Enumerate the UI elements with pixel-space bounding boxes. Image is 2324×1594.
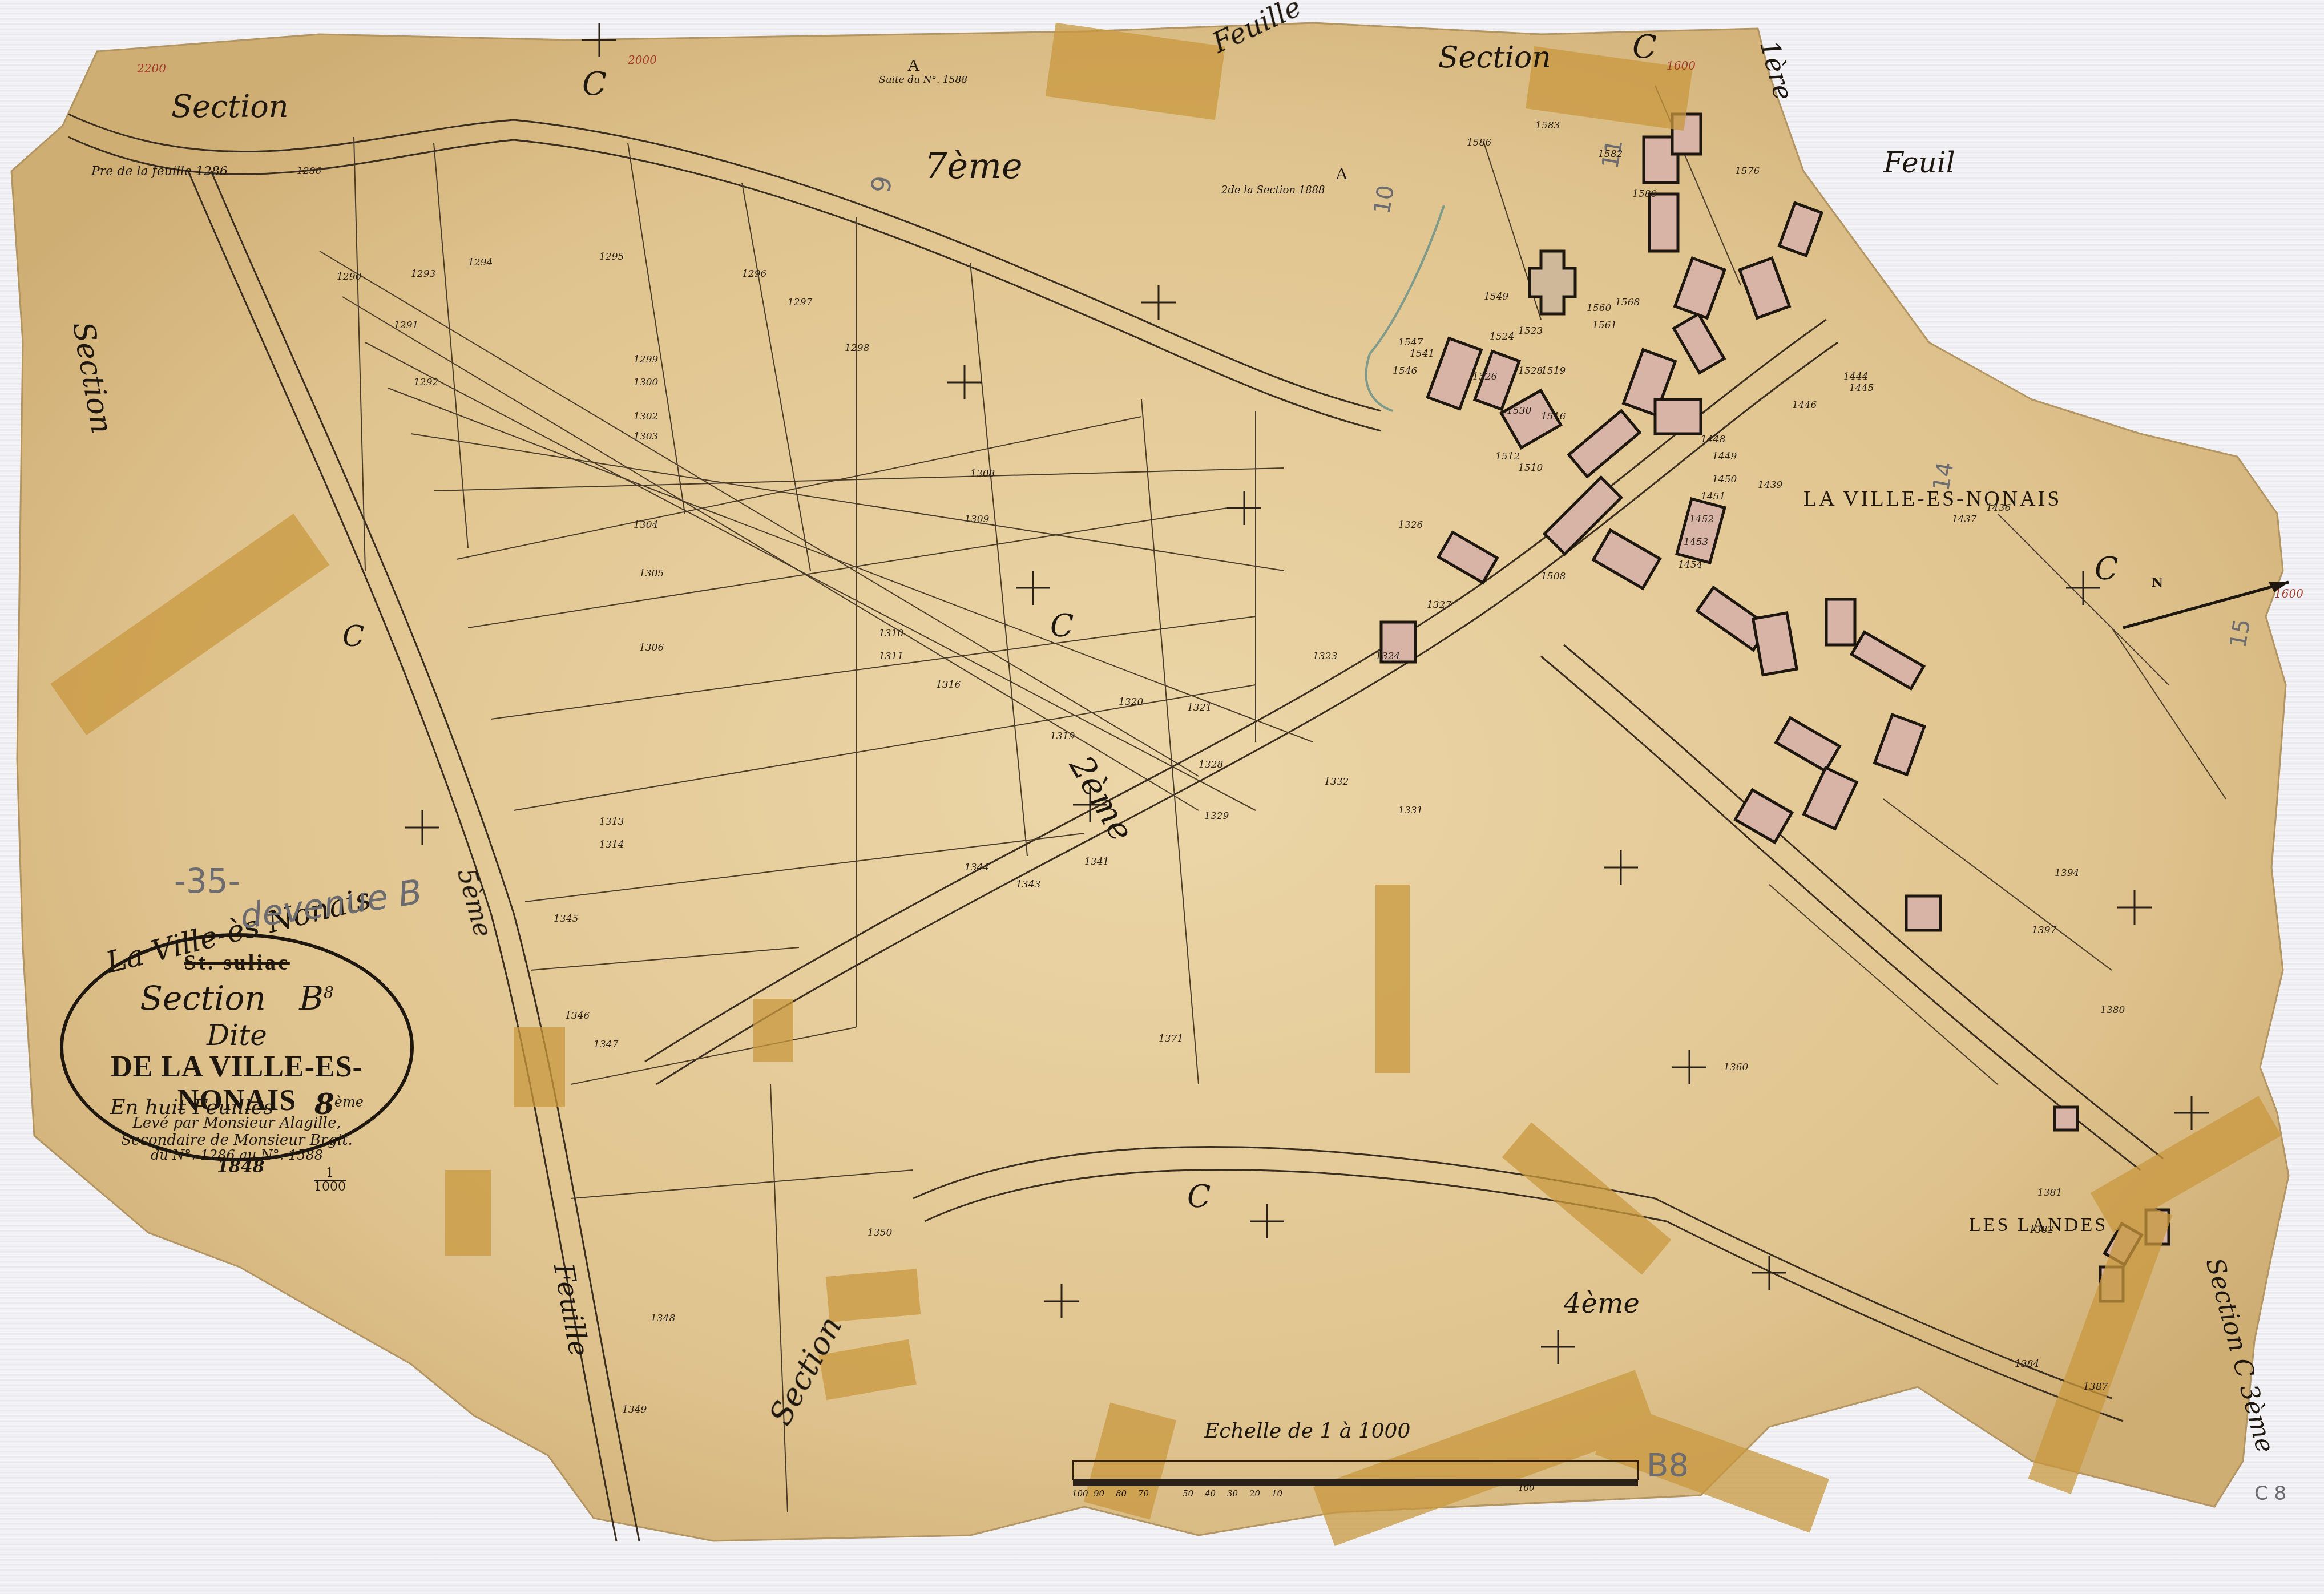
parcel-number: 1576 <box>1735 166 1760 177</box>
parcel-number: 1394 <box>2055 867 2079 879</box>
pencil-mark-14: 14 <box>1930 460 1957 493</box>
parcel-number: 1348 <box>651 1313 675 1324</box>
section-a-left: A <box>907 57 922 74</box>
parcel-number: 1296 <box>742 268 766 280</box>
parcel-number: 1583 <box>1535 120 1560 131</box>
catalog-number: -35- <box>174 865 240 898</box>
parcel-number: 1303 <box>634 431 658 442</box>
parcel-number: 1302 <box>634 411 658 422</box>
parcel-number: 1316 <box>936 679 961 691</box>
parcel-number: 1371 <box>1159 1033 1183 1044</box>
section-letter-top-left: C <box>582 68 607 100</box>
section-letter-bottom: C <box>1187 1181 1211 1212</box>
parcel-number: 1453 <box>1684 536 1708 548</box>
parcel-number: 1292 <box>414 377 438 388</box>
parcel-number: 1298 <box>845 342 869 354</box>
parcel-number: 1397 <box>2032 925 2056 936</box>
parcel-number: 1437 <box>1952 514 1976 525</box>
parcel-number: 1295 <box>599 251 624 263</box>
parcel-number: 1582 <box>1598 148 1623 160</box>
parcel-number: 1347 <box>594 1039 618 1050</box>
parcel-number: 1291 <box>394 320 418 331</box>
parcel-number: 1439 <box>1758 479 1782 491</box>
parcel-number: 1331 <box>1398 805 1423 816</box>
parcel-number: 1561 <box>1592 320 1617 331</box>
section-label-top-right: Section <box>1438 43 1551 72</box>
parcel-number: 1444 <box>1843 371 1868 382</box>
parcel-number: 1530 <box>1507 405 1531 417</box>
parcel-number: 1549 <box>1484 291 1508 302</box>
section-a-right-note: 2de la Section 1888 <box>1221 185 1325 196</box>
section-heading: Section B8 <box>60 979 414 1018</box>
parcel-number: 1449 <box>1712 451 1737 462</box>
parcel-number: 1512 <box>1495 451 1520 462</box>
parcel-number: 1382 <box>2029 1224 2053 1236</box>
parcel-number: 1546 <box>1393 365 1417 377</box>
parcel-number: 1294 <box>468 257 493 268</box>
parcel-number: 1451 <box>1701 491 1725 502</box>
parcel-number: 1541 <box>1410 348 1434 360</box>
scale-tick: 50 <box>1183 1490 1193 1498</box>
parcel-number: 1314 <box>599 839 624 850</box>
parcel-number: 1568 <box>1615 297 1640 308</box>
parcel-number: 1323 <box>1313 651 1337 662</box>
sheet-label-4: 4ème <box>1564 1290 1640 1317</box>
section-letter-right: C <box>2095 554 2118 584</box>
parcel-number: 1586 <box>1467 137 1491 148</box>
section-a-right: A <box>1336 166 1350 183</box>
scale-tick: 20 <box>1249 1490 1260 1498</box>
parcel-number: 1321 <box>1187 702 1212 713</box>
pencil-mark-c8: C 8 <box>2254 1484 2286 1503</box>
section-sup: 8 <box>324 983 334 1002</box>
parcel-number: 1327 <box>1427 599 1451 611</box>
parcel-number: 1341 <box>1084 856 1109 867</box>
parcel-number: 1524 <box>1490 331 1514 342</box>
parcel-number: 1344 <box>965 862 989 873</box>
parcel-number: 1528 <box>1518 365 1543 377</box>
scale-tick: 90 <box>1094 1490 1104 1498</box>
feuille-label-top-right: Feuil <box>1883 148 1955 177</box>
coord-mark: 2200 <box>137 63 166 74</box>
dite-label: Dite <box>60 1019 414 1052</box>
parcel-number: 1450 <box>1712 474 1737 485</box>
parcel-number: 1306 <box>639 642 664 653</box>
parcel-number: 1319 <box>1050 731 1075 742</box>
parcel-number: 1297 <box>788 297 812 308</box>
scale-fraction-den: 1000 <box>314 1180 346 1193</box>
section-letter-left: C <box>342 622 364 651</box>
cartouche-year: 1848 <box>217 1159 265 1176</box>
section-letter-top-right: C <box>1632 31 1657 63</box>
parcel-number: 1523 <box>1518 325 1543 337</box>
scale-tick: 100 <box>1072 1490 1088 1498</box>
scale-tick: 30 <box>1227 1490 1238 1498</box>
parcel-number: 1360 <box>1724 1062 1748 1073</box>
north-arrow-label: N <box>2152 576 2163 589</box>
parcel-number: 1308 <box>970 468 995 479</box>
section-label: Section <box>140 979 266 1018</box>
pencil-code-b8: B8 <box>1647 1450 1689 1482</box>
parcel-number: 1510 <box>1518 462 1543 474</box>
surveyor-line: Levé par Monsieur Alagille, <box>60 1115 414 1132</box>
scale-fraction-num: 1 <box>314 1167 346 1180</box>
parcel-number: 1293 <box>411 268 435 280</box>
scale-label: Echelle de 1 à 1000 <box>1204 1421 1410 1442</box>
pencil-mark-15: 15 <box>2226 617 2254 649</box>
parcel-number: 1387 <box>2083 1381 2108 1393</box>
first-of-sheet-note: Pre de la feuille 1286 <box>91 166 228 178</box>
struck-commune-name: St. suliac <box>60 950 414 975</box>
parcel-number: 1560 <box>1587 302 1611 314</box>
parcel-number: 1299 <box>634 354 658 365</box>
parcel-number: 1436 <box>1986 502 2011 514</box>
parcel-number: 1346 <box>565 1010 590 1022</box>
parcel-number: 1311 <box>879 651 903 662</box>
parcel-number: 1445 <box>1849 382 1874 394</box>
parcel-number: 1349 <box>622 1404 647 1415</box>
parcel-number: 1300 <box>634 377 658 388</box>
scale-fraction: 1 1000 <box>314 1167 346 1193</box>
sheet-number-sup: ème <box>334 1094 364 1110</box>
parcel-number: 1324 <box>1375 651 1400 662</box>
parcel-number: 1326 <box>1398 519 1423 531</box>
assistant-line: Secondaire de Monsieur Brgit. <box>60 1132 414 1149</box>
parcel-number: 1328 <box>1199 759 1223 770</box>
scale-tick: 100 <box>1518 1484 1535 1492</box>
section-letter-center: C <box>1050 611 1074 641</box>
scale-tick: 80 <box>1116 1490 1127 1498</box>
parcel-number: 1519 <box>1541 365 1566 377</box>
scale-tick: 40 <box>1205 1490 1216 1498</box>
parcel-number: 1508 <box>1541 571 1566 582</box>
parcel-number: 1448 <box>1701 434 1725 445</box>
parcel-number: 1290 <box>337 271 361 283</box>
coord-mark: 1600 <box>1667 60 1696 71</box>
parcel-number: 1446 <box>1792 399 1817 411</box>
scale-tick: 10 <box>1272 1490 1282 1498</box>
parcel-number: 1580 <box>1632 188 1657 200</box>
parcel-number: 1286 <box>297 166 321 177</box>
title-cartouche: St. suliac Section B8 Dite DE LA VILLE-E… <box>60 933 414 1161</box>
parcel-number: 1381 <box>2037 1187 2062 1198</box>
parcel-number: 1516 <box>1541 411 1566 422</box>
parcel-number: 1304 <box>634 519 658 531</box>
map-drawing <box>0 0 2324 1594</box>
section-letter: B <box>299 979 324 1018</box>
parcel-number: 1305 <box>639 568 664 579</box>
sheet-label-7: 7ème <box>925 148 1023 184</box>
parcel-number: 1526 <box>1472 371 1497 382</box>
parcel-number: 1350 <box>868 1227 892 1238</box>
parcel-number: 1320 <box>1119 696 1143 708</box>
parcel-number: 1384 <box>2015 1358 2039 1370</box>
parcel-number: 1547 <box>1398 337 1423 348</box>
parcel-number: 1329 <box>1204 810 1229 822</box>
coord-mark: 2000 <box>628 54 657 66</box>
scale-tick: 70 <box>1138 1490 1149 1498</box>
place-name-village: LA VILLE-ES-NONAIS <box>1803 488 2061 510</box>
parcel-number: 1309 <box>965 514 989 525</box>
parcel-number: 1332 <box>1324 776 1349 788</box>
section-a-left-note: Suite du N°. 1588 <box>879 75 967 85</box>
parcel-number: 1343 <box>1016 879 1040 890</box>
pencil-mark-10: 10 <box>1370 183 1398 216</box>
parcel-number: 1452 <box>1689 514 1714 525</box>
cadastral-map-sheet: -35- La Ville-ès Nonais devenue B St. su… <box>0 0 2324 1594</box>
coord-mark: 1600 <box>2274 588 2303 599</box>
parcel-number: 1380 <box>2100 1004 2125 1016</box>
parcel-number: 1310 <box>879 628 903 639</box>
parcel-number: 1345 <box>554 913 578 925</box>
parcel-number: 1313 <box>599 816 624 828</box>
section-label-top-left: Section <box>171 91 288 122</box>
parcel-number: 1454 <box>1678 559 1702 571</box>
